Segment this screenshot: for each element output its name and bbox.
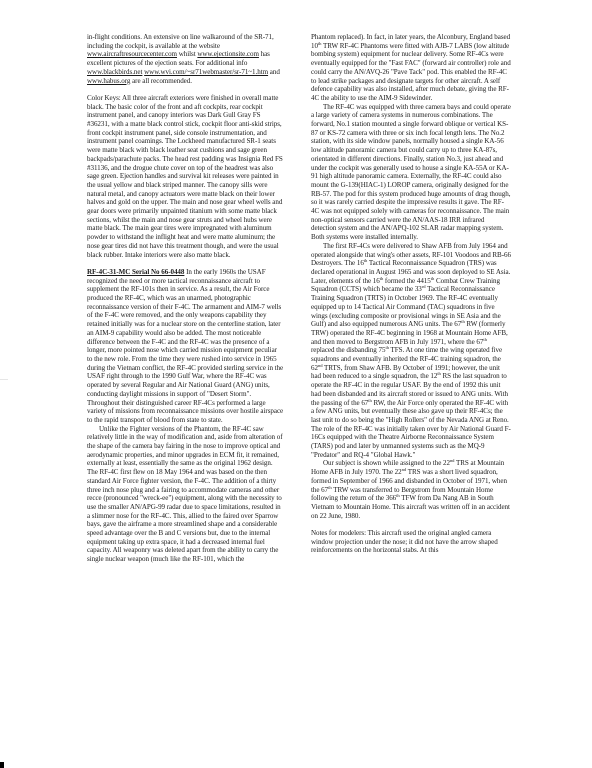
paragraph-color-keys: Color Keys: All three aircraft exteriors…: [87, 94, 284, 259]
text: in-flight conditions. An extensive on li…: [87, 33, 274, 50]
paragraph-website-references: in-flight conditions. An extensive on li…: [87, 33, 284, 85]
link-blackbirds[interactable]: www.blackbirds.net: [87, 68, 142, 76]
paragraph-service-history: The first RF-4Cs were delivered to Shaw …: [311, 242, 511, 460]
paragraph-modeler-notes: Notes for modelers: This aircraft used t…: [311, 529, 511, 555]
left-column: in-flight conditions. An extensive on li…: [87, 33, 284, 564]
text: and: [268, 68, 280, 76]
paragraph-modifications: Unlike the Fighter versions of the Phant…: [87, 425, 284, 564]
superscript: th: [483, 337, 486, 342]
text: Our subject is shown while assigned to t…: [323, 459, 450, 467]
link-ejectionsite[interactable]: www.ejectionsite.com: [197, 50, 259, 58]
paragraph-phantom-roles: Phantom replaced). In fact, in later yea…: [311, 33, 511, 103]
paragraph-camera-bays: The RF-4C was equipped with three camera…: [311, 103, 511, 242]
paragraph-rf4c-intro: RF-4C-31-MC Serial No 66-0448 In the ear…: [87, 268, 284, 425]
text: In the early 1960s the USAF recognized t…: [87, 268, 283, 424]
scan-corner-mark: [0, 762, 4, 768]
link-aircraftresourcecenter[interactable]: www.aircraftresourcecenter.com: [87, 50, 177, 58]
text: RW, the Air Force only operated the RF-4…: [311, 399, 511, 459]
text: replaced the disbanding 75: [311, 346, 385, 354]
text: whilst: [177, 50, 197, 58]
section-heading: RF-4C-31-MC Serial No 66-0448: [87, 268, 184, 276]
right-column: Phantom replaced). In fact, in later yea…: [311, 33, 511, 555]
link-habus[interactable]: www.habus.org: [87, 77, 130, 85]
paragraph-subject-aircraft: Our subject is shown while assigned to t…: [311, 459, 511, 520]
text: TRW RF-4C Phantoms were fitted with AJB-…: [311, 42, 511, 102]
text: are all recommended.: [130, 77, 192, 85]
scan-artifact: [0, 379, 8, 380]
link-wvi-sr71[interactable]: www.wvi.com/~sr71webmaster/sr-71~1.htm: [144, 68, 268, 76]
